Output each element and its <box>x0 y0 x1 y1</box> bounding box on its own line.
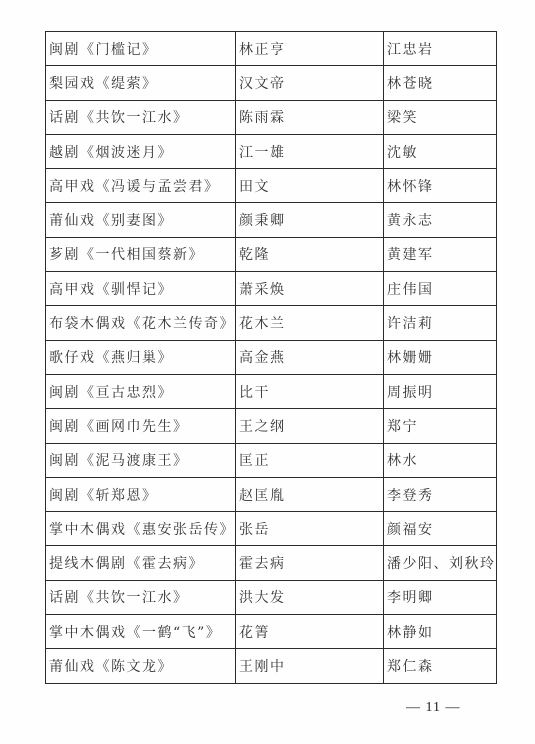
role-name-cell: 花木兰 <box>236 306 384 340</box>
play-title-cell: 高甲戏《冯谖与孟尝君》 <box>46 169 236 203</box>
role-name-cell: 高金燕 <box>236 340 384 374</box>
role-name-cell: 王之纲 <box>236 409 384 443</box>
performer-cell: 潘少阳、刘秋玲 <box>384 546 497 580</box>
play-title-cell: 闽剧《泥马渡康王》 <box>46 443 236 477</box>
table-row: 布袋木偶戏《花木兰传奇》花木兰许洁莉 <box>46 306 497 340</box>
play-title-cell: 高甲戏《驯悍记》 <box>46 272 236 306</box>
play-title-cell: 梨园戏《缇萦》 <box>46 66 236 100</box>
table-row: 高甲戏《驯悍记》萧采焕庄伟国 <box>46 272 497 306</box>
table-row: 歌仔戏《燕归巢》高金燕林姗姗 <box>46 340 497 374</box>
play-title-cell: 话剧《共饮一江水》 <box>46 100 236 134</box>
role-name-cell: 汉文帝 <box>236 66 384 100</box>
role-name-cell: 匡正 <box>236 443 384 477</box>
play-title-cell: 话剧《共饮一江水》 <box>46 580 236 614</box>
table-row: 闽剧《泥马渡康王》匡正林水 <box>46 443 497 477</box>
role-name-cell: 萧采焕 <box>236 272 384 306</box>
play-title-cell: 掌中木偶戏《一鹤“飞”》 <box>46 615 236 649</box>
performer-cell: 周振明 <box>384 374 497 408</box>
play-title-cell: 越剧《烟波迷月》 <box>46 134 236 168</box>
table-row: 闽剧《画网巾先生》王之纲郑宁 <box>46 409 497 443</box>
document-page: 闽剧《门槛记》林正亨江忠岩梨园戏《缇萦》汉文帝林苍晓话剧《共饮一江水》陈雨霖梁笑… <box>0 0 535 744</box>
table-row: 提线木偶剧《霍去病》霍去病潘少阳、刘秋玲 <box>46 546 497 580</box>
play-title-cell: 芗剧《一代相国蔡新》 <box>46 237 236 271</box>
roles-table-body: 闽剧《门槛记》林正亨江忠岩梨园戏《缇萦》汉文帝林苍晓话剧《共饮一江水》陈雨霖梁笑… <box>46 32 497 684</box>
role-name-cell: 洪大发 <box>236 580 384 614</box>
play-title-cell: 提线木偶剧《霍去病》 <box>46 546 236 580</box>
play-title-cell: 莆仙戏《别妻图》 <box>46 203 236 237</box>
roles-table: 闽剧《门槛记》林正亨江忠岩梨园戏《缇萦》汉文帝林苍晓话剧《共饮一江水》陈雨霖梁笑… <box>45 31 497 684</box>
page-number: — 11 — <box>406 700 460 716</box>
performer-cell: 黄永志 <box>384 203 497 237</box>
table-row: 掌中木偶戏《惠安张岳传》张岳颜福安 <box>46 512 497 546</box>
play-title-cell: 歌仔戏《燕归巢》 <box>46 340 236 374</box>
performer-cell: 林水 <box>384 443 497 477</box>
performer-cell: 林苍晓 <box>384 66 497 100</box>
performer-cell: 李明卿 <box>384 580 497 614</box>
table-row: 闽剧《门槛记》林正亨江忠岩 <box>46 32 497 66</box>
table-row: 莆仙戏《别妻图》颜秉卿黄永志 <box>46 203 497 237</box>
play-title-cell: 掌中木偶戏《惠安张岳传》 <box>46 512 236 546</box>
play-title-cell: 布袋木偶戏《花木兰传奇》 <box>46 306 236 340</box>
performer-cell: 江忠岩 <box>384 32 497 66</box>
performer-cell: 郑仁森 <box>384 649 497 683</box>
play-title-cell: 闽剧《亘古忠烈》 <box>46 374 236 408</box>
performer-cell: 林静如 <box>384 615 497 649</box>
play-title-cell: 闽剧《画网巾先生》 <box>46 409 236 443</box>
play-title-cell: 闽剧《斩郑恩》 <box>46 477 236 511</box>
role-name-cell: 乾隆 <box>236 237 384 271</box>
play-title-cell: 闽剧《门槛记》 <box>46 32 236 66</box>
role-name-cell: 张岳 <box>236 512 384 546</box>
role-name-cell: 田文 <box>236 169 384 203</box>
table-row: 闽剧《亘古忠烈》比干周振明 <box>46 374 497 408</box>
performer-cell: 林姗姗 <box>384 340 497 374</box>
role-name-cell: 霍去病 <box>236 546 384 580</box>
role-name-cell: 林正亨 <box>236 32 384 66</box>
table-row: 话剧《共饮一江水》洪大发李明卿 <box>46 580 497 614</box>
table-row: 越剧《烟波迷月》江一雄沈敏 <box>46 134 497 168</box>
performer-cell: 林怀锋 <box>384 169 497 203</box>
role-name-cell: 赵匡胤 <box>236 477 384 511</box>
performer-cell: 李登秀 <box>384 477 497 511</box>
performer-cell: 颜福安 <box>384 512 497 546</box>
play-title-cell: 莆仙戏《陈文龙》 <box>46 649 236 683</box>
role-name-cell: 颜秉卿 <box>236 203 384 237</box>
table-row: 闽剧《斩郑恩》赵匡胤李登秀 <box>46 477 497 511</box>
role-name-cell: 花箐 <box>236 615 384 649</box>
role-name-cell: 比干 <box>236 374 384 408</box>
performer-cell: 沈敏 <box>384 134 497 168</box>
performer-cell: 许洁莉 <box>384 306 497 340</box>
performer-cell: 黄建军 <box>384 237 497 271</box>
role-name-cell: 江一雄 <box>236 134 384 168</box>
table-row: 高甲戏《冯谖与孟尝君》田文林怀锋 <box>46 169 497 203</box>
table-row: 掌中木偶戏《一鹤“飞”》花箐林静如 <box>46 615 497 649</box>
table-row: 梨园戏《缇萦》汉文帝林苍晓 <box>46 66 497 100</box>
performer-cell: 庄伟国 <box>384 272 497 306</box>
table-row: 话剧《共饮一江水》陈雨霖梁笑 <box>46 100 497 134</box>
role-name-cell: 陈雨霖 <box>236 100 384 134</box>
table-row: 芗剧《一代相国蔡新》乾隆黄建军 <box>46 237 497 271</box>
performer-cell: 梁笑 <box>384 100 497 134</box>
table-row: 莆仙戏《陈文龙》王刚中郑仁森 <box>46 649 497 683</box>
performer-cell: 郑宁 <box>384 409 497 443</box>
role-name-cell: 王刚中 <box>236 649 384 683</box>
